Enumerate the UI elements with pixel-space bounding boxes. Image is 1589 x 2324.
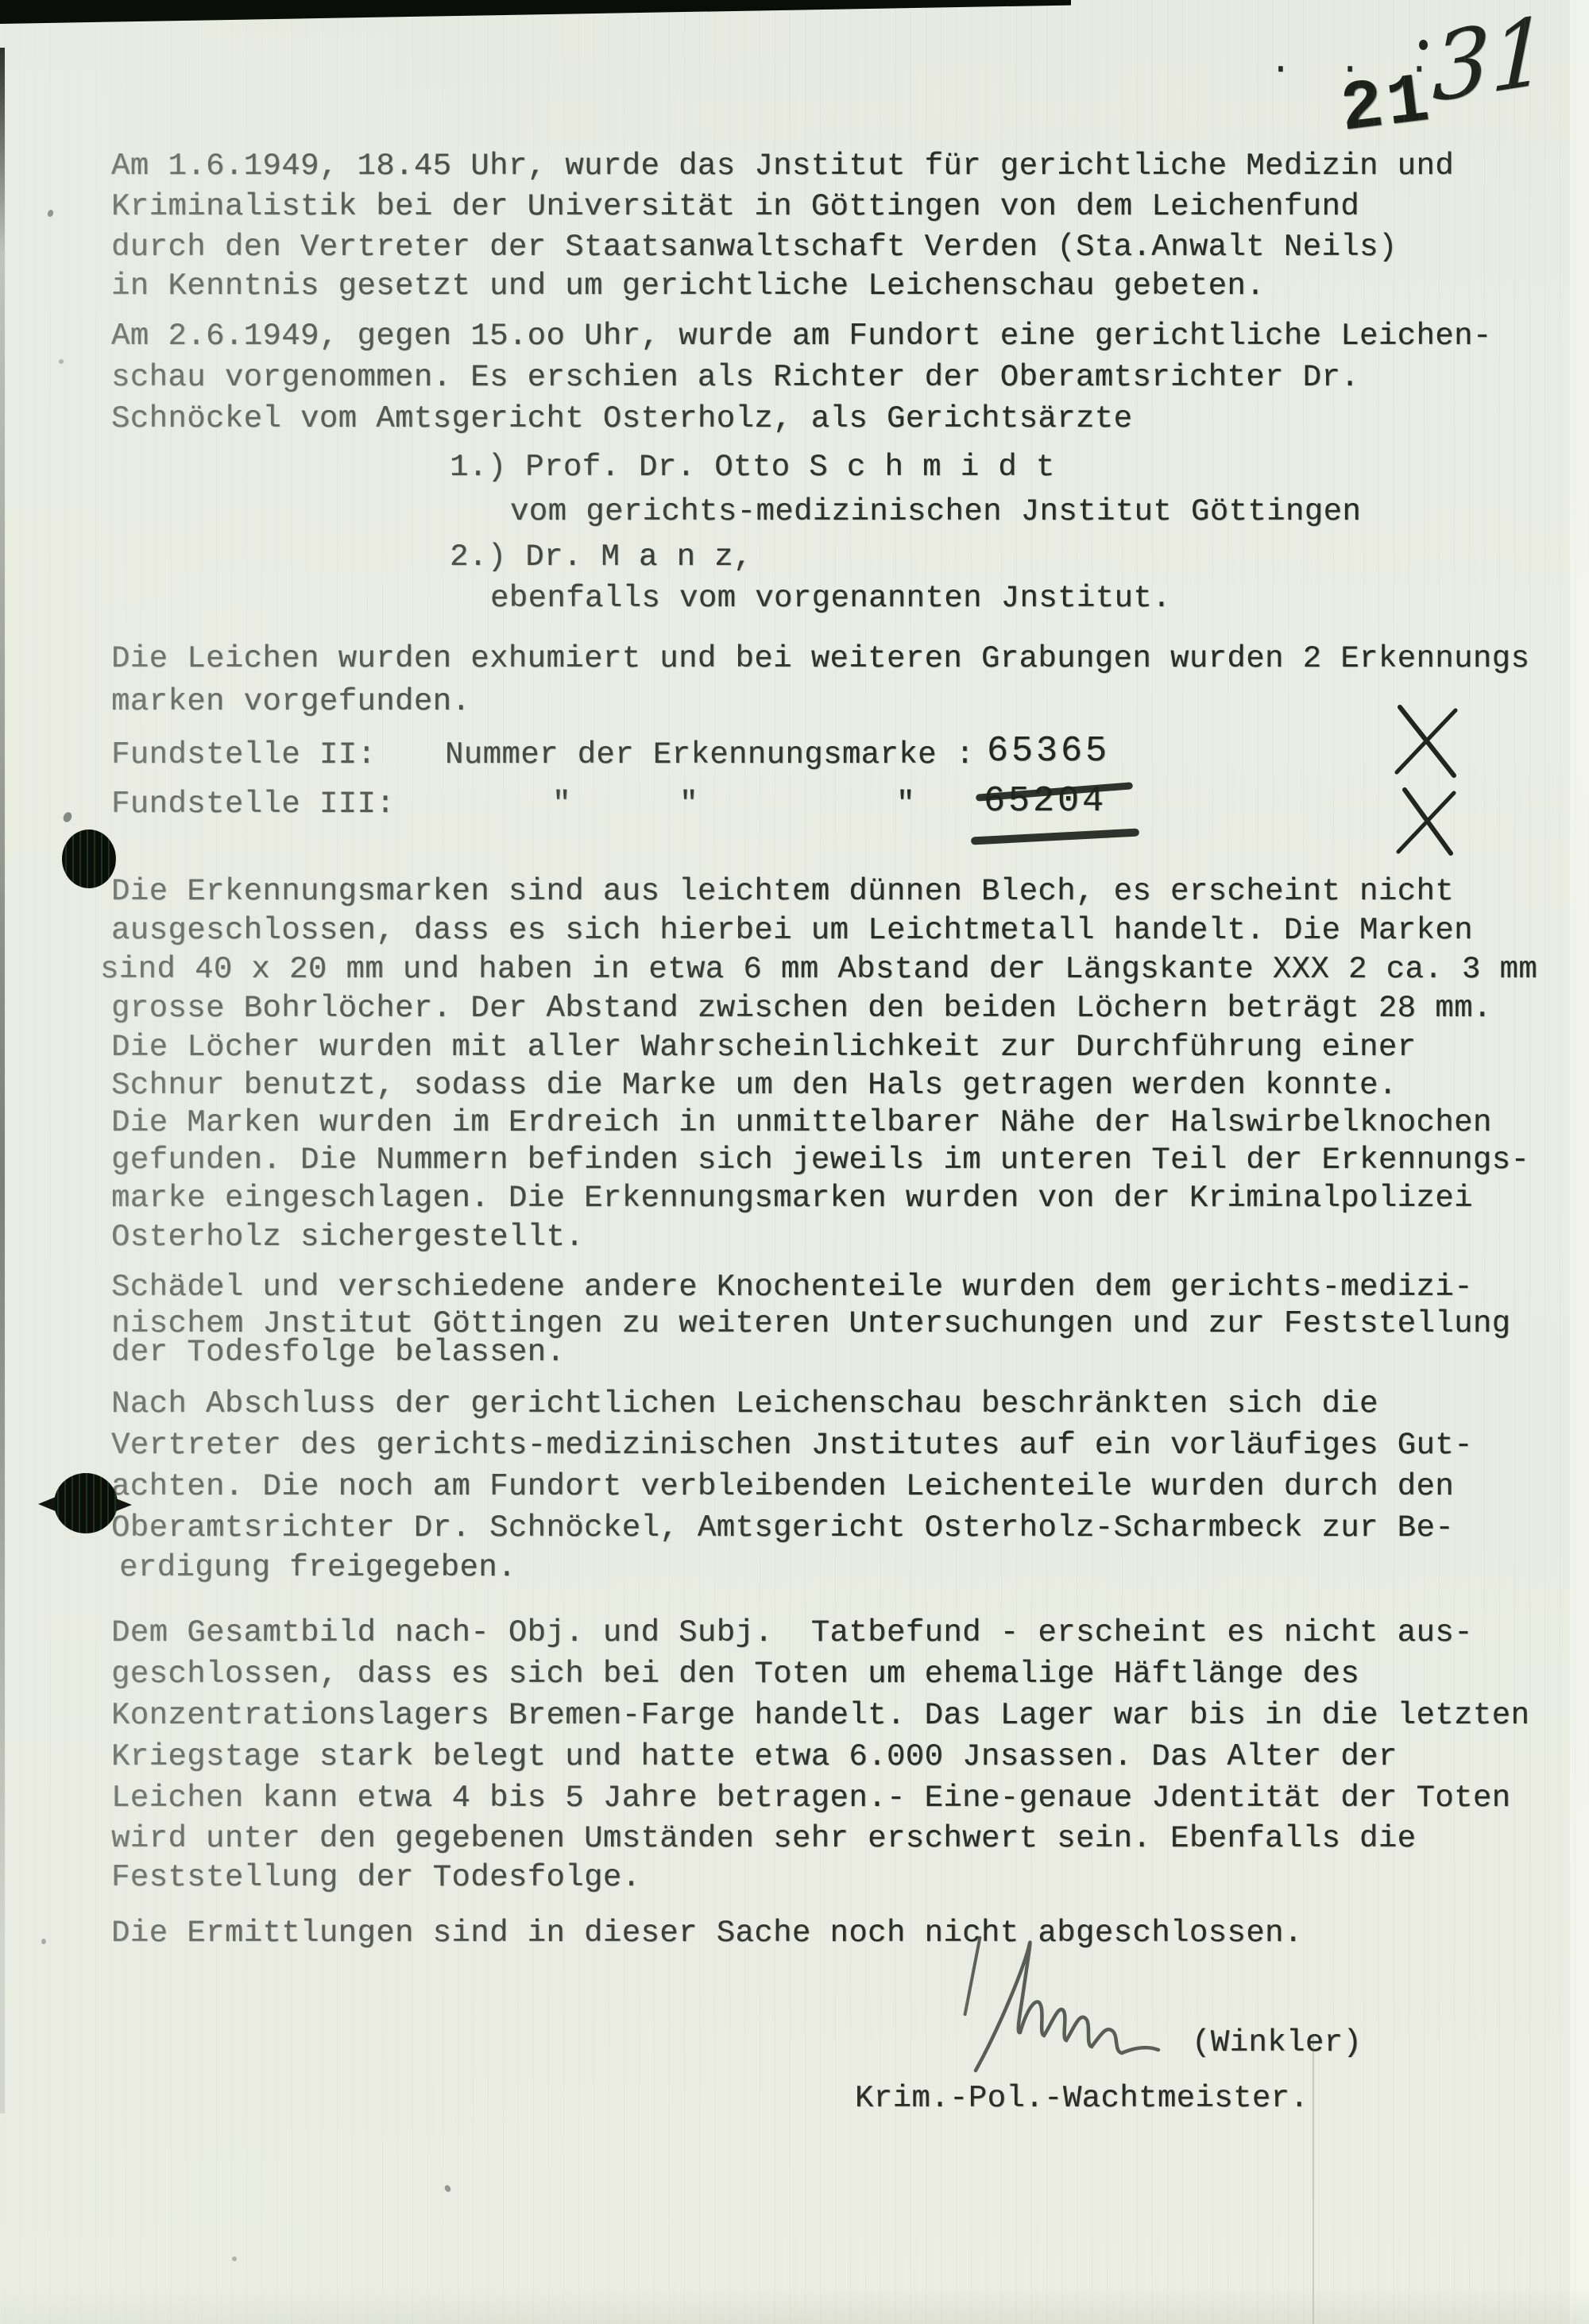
ink-speck [41, 1939, 46, 1944]
typewritten-line: Am 2.6.1949, gegen 15.oo Uhr, wurde am F… [111, 321, 1492, 352]
attendee-line: 2.) Dr. M a n z, [450, 542, 752, 573]
ink-speck [232, 2256, 237, 2261]
typewritten-line: marken vorgefunden. [111, 686, 470, 717]
typewritten-line: Schnöckel vom Amtsgericht Osterholz, als… [111, 404, 1132, 435]
ink-speck [47, 209, 55, 218]
typewritten-line: Die Erkennungsmarken sind aus leichtem d… [111, 876, 1454, 907]
typewritten-line: Osterholz sichergestellt. [111, 1222, 584, 1253]
typewritten-line: Kriegstage stark belegt und hatte etwa 6… [111, 1742, 1398, 1773]
scan-right-edge [1570, 0, 1589, 2324]
typewritten-line: Dem Gesamtbild nach- Obj. und Subj. Tatb… [111, 1618, 1473, 1649]
typewritten-line: Kriminalistik bei der Universität in Göt… [111, 191, 1359, 222]
attendee-line: vom gerichts-medizinischen Jnstitut Gött… [510, 497, 1361, 528]
typewritten-line: geschlossen, dass es sich bei den Toten … [111, 1659, 1359, 1690]
ink-flare [116, 1498, 132, 1511]
paper-crease [1313, 2034, 1314, 2324]
ditto-mark: " [896, 789, 915, 820]
fundstelle-ii-caption: Nummer der Erkennungsmarke : [445, 740, 975, 771]
fundstelle-iii-label: Fundstelle III: [111, 789, 395, 820]
typewritten-line: Am 1.6.1949, 18.45 Uhr, wurde das Jnstit… [111, 151, 1454, 182]
ditto-mark: " [552, 789, 571, 820]
typewritten-line: Feststellung der Todesfolge. [111, 1862, 641, 1893]
hand-x-mark [1392, 785, 1465, 858]
typewritten-line: Oberamtsrichter Dr. Schnöckel, Amtsgeric… [111, 1513, 1454, 1544]
typewritten-line: Die Leichen wurden exhumiert und bei wei… [111, 644, 1529, 675]
ditto-mark: " [679, 789, 698, 820]
typewritten-line: in Kenntnis gesetzt und um gerichtliche … [111, 271, 1265, 302]
typewritten-line: Die Marken wurden im Erdreich in unmitte… [111, 1108, 1492, 1139]
typewritten-line: Vertreter des gerichts-medizinischen Jns… [111, 1430, 1473, 1461]
hole-punch-mark [62, 829, 116, 888]
scan-left-edge [0, 48, 5, 2113]
typewritten-line: ausgeschlossen, dass es sich hierbei um … [111, 915, 1473, 946]
attendee-line: 1.) Prof. Dr. Otto S c h m i d t [450, 452, 1055, 483]
typewritten-line: Nach Abschluss der gerichtlichen Leichen… [111, 1389, 1378, 1420]
typewritten-line: sind 40 x 20 mm und haben in etwa 6 mm A… [100, 954, 1537, 985]
typewritten-line: Die Löcher wurden mit aller Wahrscheinli… [111, 1032, 1416, 1063]
page-number-stamped: 21 [1336, 61, 1437, 150]
typewritten-line: wird unter den gegebenen Umständen sehr … [111, 1823, 1416, 1854]
typewritten-line: marke eingeschlagen. Die Erkennungsmarke… [111, 1183, 1473, 1214]
typewritten-line: erdigung freigegeben. [119, 1553, 516, 1583]
typewritten-line: achten. Die noch am Fundort verbleibende… [111, 1471, 1454, 1502]
ink-speck [62, 810, 74, 823]
ink-speck [443, 2184, 452, 2193]
typewritten-line: gefunden. Die Nummern befinden sich jewe… [111, 1145, 1529, 1176]
typewritten-line: Schnur benutzt, sodass die Marke um den … [111, 1070, 1398, 1101]
fundstelle-ii-label: Fundstelle II: [111, 740, 376, 771]
typewritten-line: Leichen kann etwa 4 bis 5 Jahre betragen… [111, 1783, 1510, 1814]
hole-punch-mark [54, 1473, 118, 1533]
scanned-document-page: . . . 21 31 Am 1.6.1949, 18.45 Uhr, wurd… [0, 0, 1589, 2324]
signatory-name-typed: (Winkler) [1192, 2028, 1362, 2059]
handwritten-signature [945, 1929, 1208, 2096]
hand-underline [971, 828, 1139, 845]
tag-number-65365: 65365 [987, 733, 1110, 769]
page-number-handwritten: 31 [1432, 0, 1549, 124]
attendee-line: ebenfalls vom vorgenannten Jnstitut. [490, 583, 1171, 614]
ink-dot [1419, 40, 1428, 50]
ink-flare [38, 1497, 56, 1511]
typewritten-line: der Todesfolge belassen. [111, 1337, 565, 1368]
scan-bottom-shading [0, 2288, 1589, 2324]
typewritten-line: Konzentrationslagers Bremen-Farge handel… [111, 1700, 1529, 1731]
typewritten-line: grosse Bohrlöcher. Der Abstand zwischen … [111, 993, 1492, 1024]
typewritten-line: schau vorgenommen. Es erschien als Richt… [111, 362, 1359, 393]
ink-speck [59, 359, 64, 364]
typewritten-line: Schädel und verschiedene andere Knochent… [111, 1272, 1473, 1303]
typewritten-line: durch den Vertreter der Staatsanwaltscha… [111, 232, 1398, 263]
hand-x-mark [1389, 701, 1468, 780]
scan-edge-shadow [0, 0, 1071, 24]
